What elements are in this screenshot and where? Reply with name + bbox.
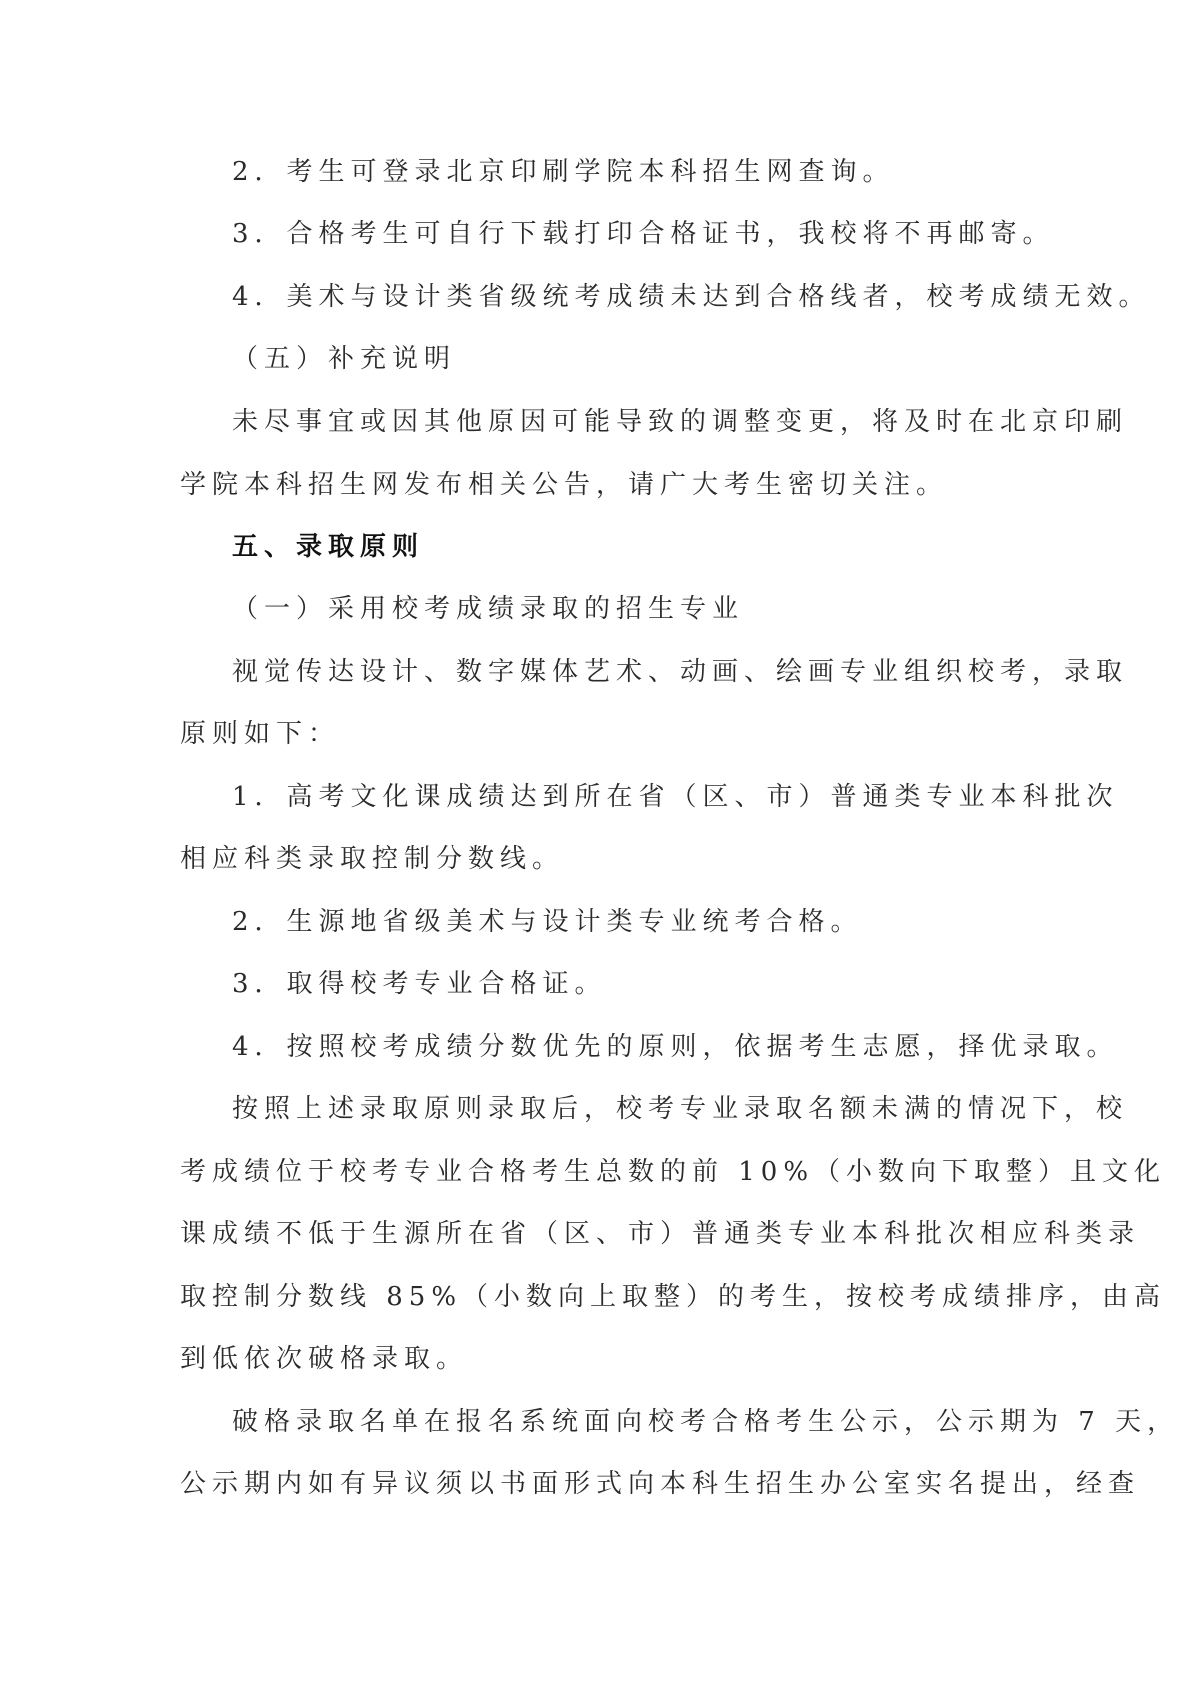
paragraph-line: 视觉传达设计、数字媒体艺术、动画、绘画专业组织校考，录取: [232, 655, 1128, 689]
principle-item-2: 2．生源地省级美术与设计类专业统考合格。: [232, 905, 863, 939]
paragraph-line: 破格录取名单在报名系统面向校考合格考生公示，公示期为 7 天，: [232, 1405, 1179, 1439]
paragraph-line: 未尽事宜或因其他原因可能导致的调整变更，将及时在北京印刷: [232, 405, 1128, 439]
paragraph-line: 取控制分数线 85%（小数向上取整）的考生，按校考成绩排序，由高: [180, 1280, 1166, 1314]
document-page: 2．考生可登录北京印刷学院本科招生网查询。 3．合格考生可自行下载打印合格证书，…: [0, 0, 1190, 1684]
principle-item-1: 1．高考文化课成绩达到所在省（区、市）普通类专业本科批次: [232, 780, 1119, 814]
item-3-download-certificate: 3．合格考生可自行下载打印合格证书，我校将不再邮寄。: [232, 217, 1055, 251]
paragraph-line: 按照上述录取原则录取后，校考专业录取名额未满的情况下，校: [232, 1092, 1128, 1126]
paragraph-line: 课成绩不低于生源所在省（区、市）普通类专业本科批次相应科类录: [180, 1217, 1140, 1251]
item-2-query-website: 2．考生可登录北京印刷学院本科招生网查询。: [232, 155, 895, 189]
principle-item-3: 3．取得校考专业合格证。: [232, 967, 607, 1001]
paragraph-line: 考成绩位于校考专业合格考生总数的前 10%（小数向下取整）且文化: [180, 1155, 1166, 1189]
paragraph-line: 到低依次破格录取。: [180, 1342, 468, 1376]
paragraph-line: 原则如下：: [180, 717, 340, 751]
item-4-provincial-exam: 4．美术与设计类省级统考成绩未达到合格线者，校考成绩无效。: [232, 280, 1151, 314]
paragraph-line: 公示期内如有异议须以书面形式向本科生招生办公室实名提出，经查: [180, 1467, 1140, 1501]
principle-item-4: 4．按照校考成绩分数优先的原则，依据考生志愿，择优录取。: [232, 1030, 1119, 1064]
section-heading-admission-principles: 五、录取原则: [232, 530, 424, 564]
subsection-supplementary-notes: （五）补充说明: [232, 342, 456, 376]
paragraph-line: 学院本科招生网发布相关公告，请广大考生密切关注。: [180, 468, 948, 502]
paragraph-line: 相应科类录取控制分数线。: [180, 842, 564, 876]
subsection-school-exam-majors: （一）采用校考成绩录取的招生专业: [232, 592, 744, 626]
